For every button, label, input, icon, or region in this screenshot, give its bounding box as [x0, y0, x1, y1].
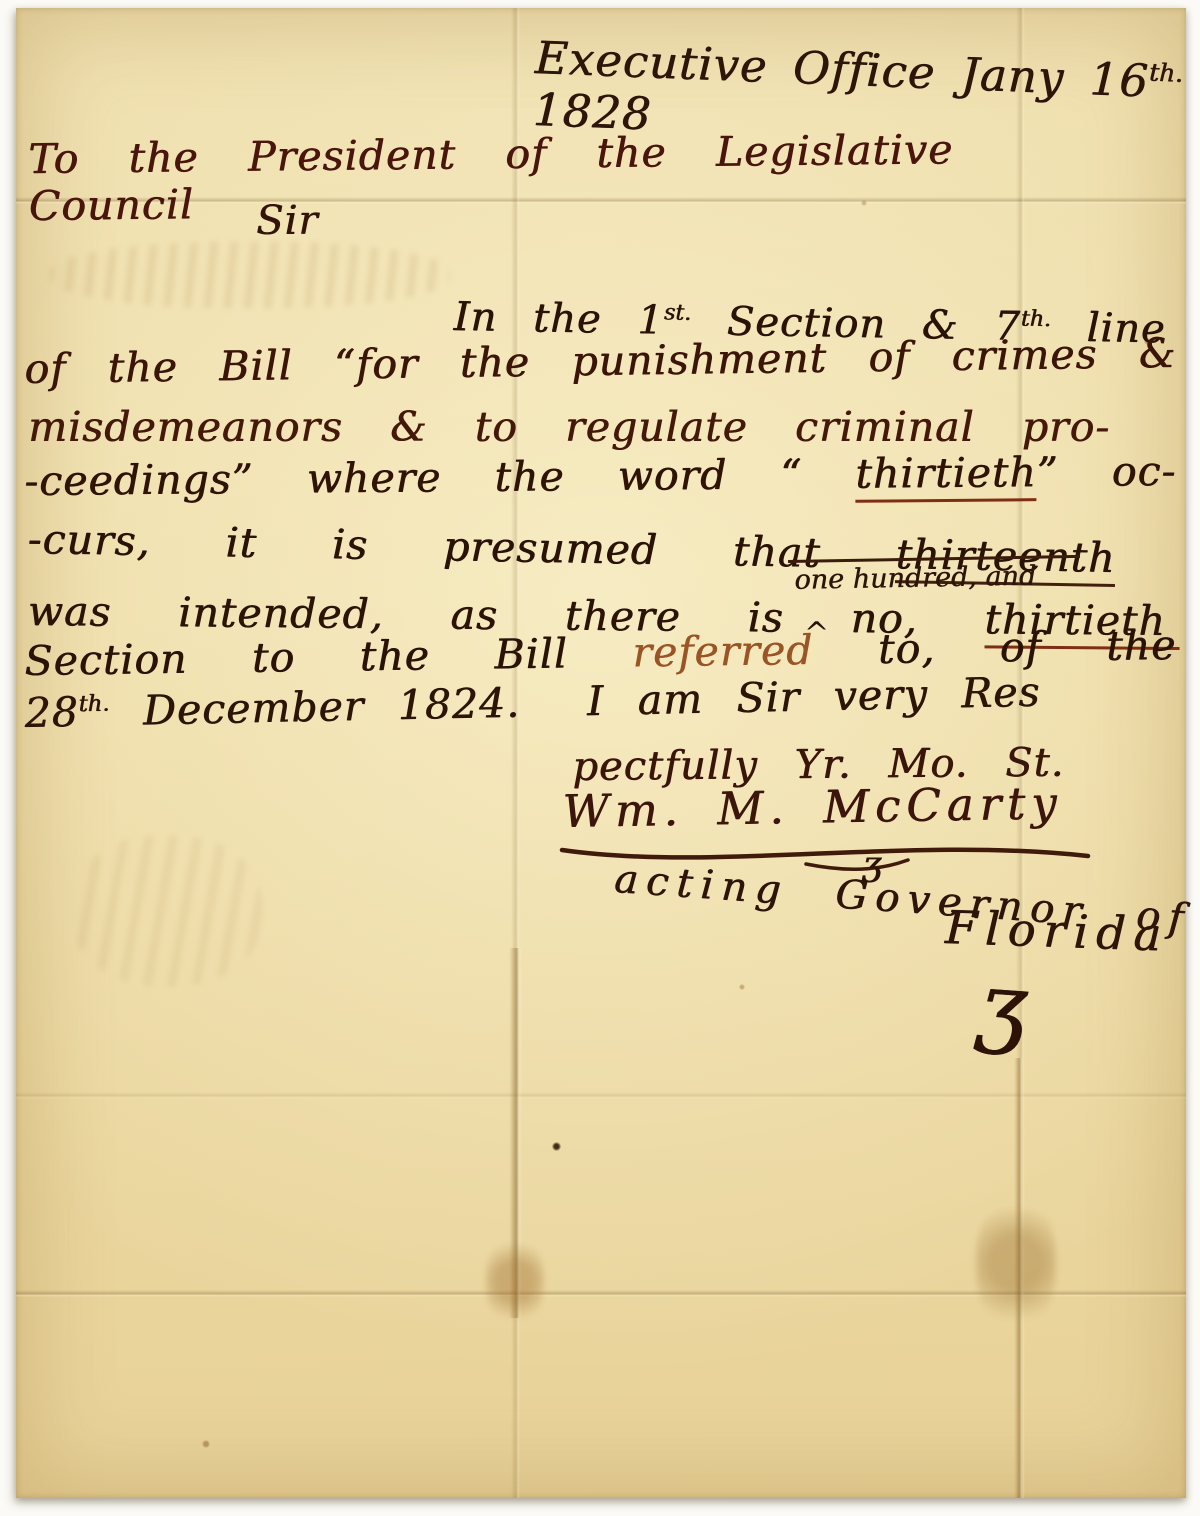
body-text: -curs, it is presumed that [27, 515, 821, 577]
body-text: ” oc- [1036, 447, 1176, 496]
paraph-flourish: ʒ [974, 952, 1031, 1058]
body-text: -ceedings” where the word “ [24, 450, 802, 505]
address-line: To the President of the Legislative Coun… [28, 126, 954, 230]
heading-date-ordinal: th. [1149, 58, 1184, 88]
ink-bleed-smudge [72, 836, 262, 986]
ordinal-suffix: th. [78, 691, 109, 718]
crease-stain [486, 1238, 544, 1324]
body-text: to, of the [878, 621, 1177, 673]
stain-spot [739, 984, 745, 990]
body-text: Section to the Bill [24, 629, 568, 685]
scan-background: Executive Office Jany 16th. 1828 To the … [0, 0, 1200, 1516]
interlineation: one hundred, and [788, 555, 1080, 596]
stain-spot [202, 1440, 210, 1448]
crease-stain [976, 1198, 1056, 1328]
body-line-4: -ceedings” where the word “ thirtieth” o… [24, 448, 1176, 505]
stain-spot [552, 1142, 561, 1151]
ink-bleed-smudge [50, 242, 450, 308]
fold-crease-middle [16, 1092, 1186, 1099]
faded-word-referred: referred [632, 626, 814, 677]
ordinal-suffix: th. [1021, 307, 1051, 333]
salutation: Sir [256, 198, 318, 244]
body-text: 28 [24, 688, 79, 737]
underlined-word-thirtieth: thirtieth [855, 448, 1037, 503]
signature-name: Wm. M. McCarty [562, 777, 1063, 837]
ordinal-suffix: st. [664, 300, 692, 325]
letter-page: Executive Office Jany 16th. 1828 To the … [16, 8, 1186, 1498]
heading-date: Jany 16 [960, 47, 1150, 107]
body-line-2: of the Bill “for the punishment of crime… [24, 330, 1177, 393]
signature-title-line-2: Florida [944, 901, 1170, 962]
body-line-3: misdemeanors & to regulate criminal pro- [28, 404, 1110, 451]
